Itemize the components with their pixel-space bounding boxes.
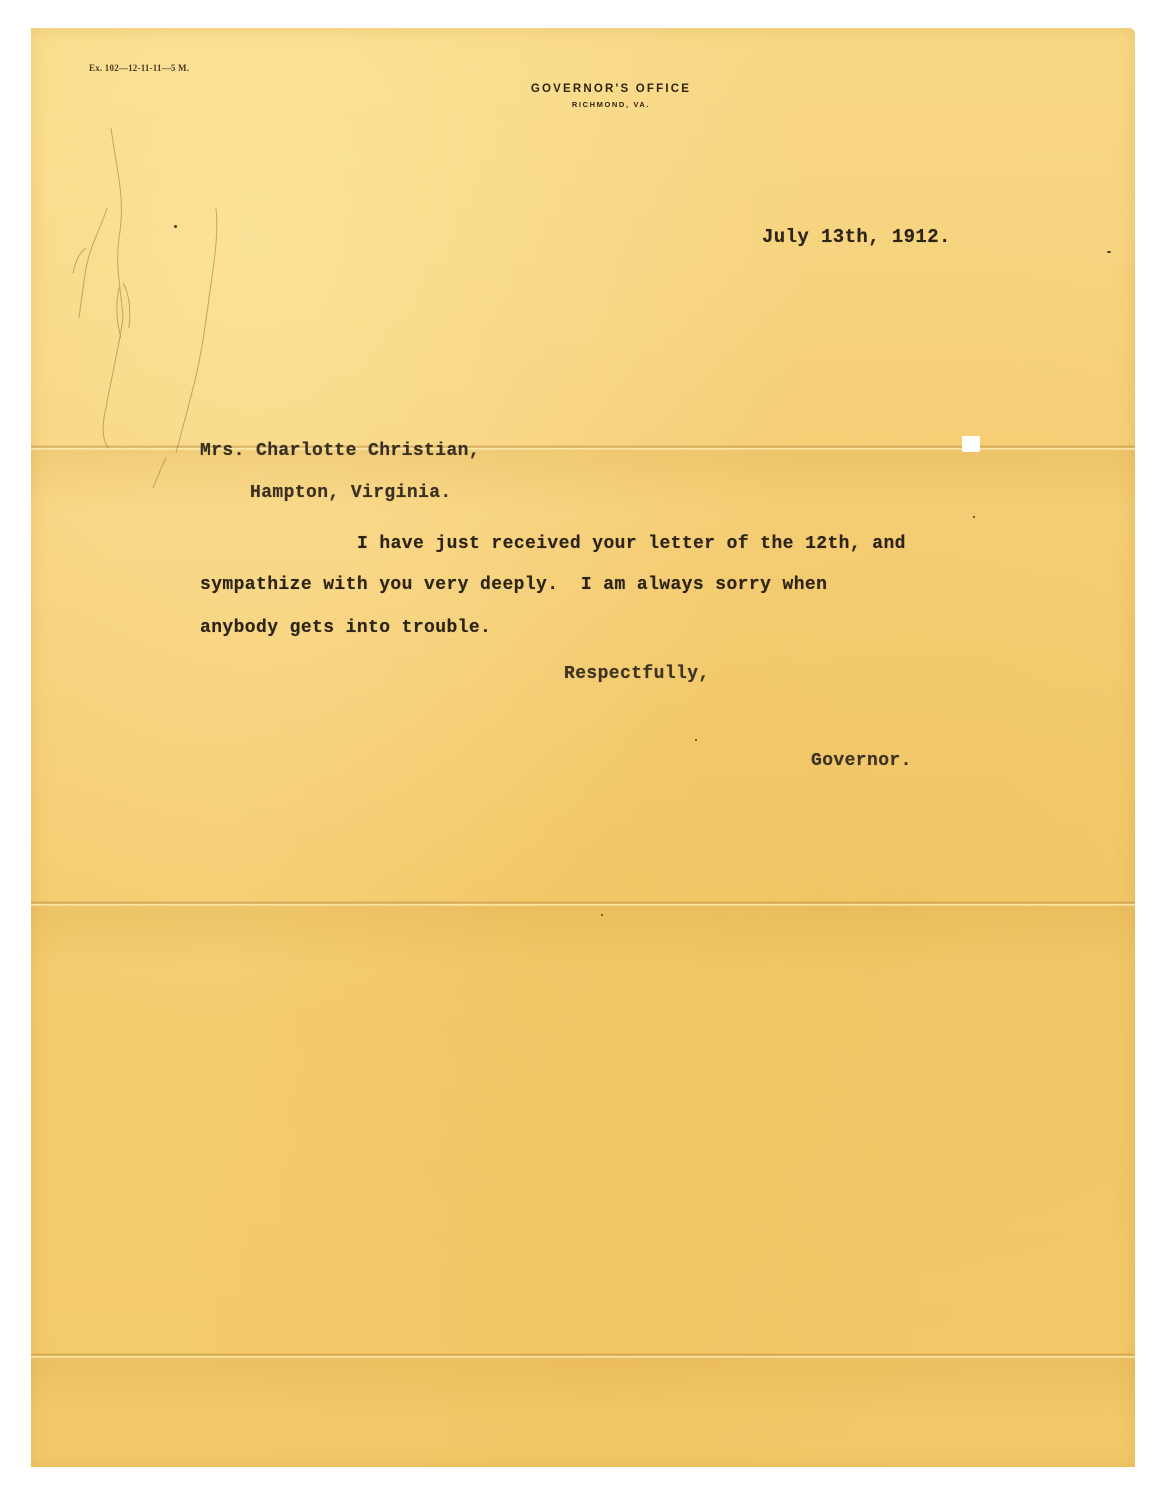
letter-page: Ex. 102—12-11-11—5 M. GOVERNOR'S OFFICE … <box>31 28 1135 1467</box>
body-line: sympathize with you very deeply. I am al… <box>200 575 827 595</box>
ink-speck <box>601 914 603 916</box>
body-line: I have just received your letter of the … <box>357 534 906 554</box>
letterhead: GOVERNOR'S OFFICE RICHMOND, VA. <box>461 83 761 109</box>
ink-speck <box>695 739 697 741</box>
closing: Respectfully, <box>564 664 710 684</box>
letter-date: July 13th, 1912. <box>762 226 951 248</box>
form-number: Ex. 102—12-11-11—5 M. <box>89 63 189 73</box>
fold-line-middle <box>31 901 1135 907</box>
letterhead-location: RICHMOND, VA. <box>461 100 761 109</box>
letterhead-title: GOVERNOR'S OFFICE <box>461 83 761 95</box>
pencil-marks <box>31 28 331 508</box>
ink-speck <box>973 516 975 518</box>
paper-tear <box>962 436 980 452</box>
signature-title: Governor. <box>811 751 912 771</box>
crease-shadow <box>31 1359 1135 1419</box>
recipient-name: Mrs. Charlotte Christian, <box>200 441 480 461</box>
body-line: anybody gets into trouble. <box>200 618 491 638</box>
ink-speck <box>1107 251 1111 253</box>
fold-line-bottom <box>31 1353 1135 1359</box>
recipient-address: Hampton, Virginia. <box>250 483 452 503</box>
ink-speck <box>174 225 177 228</box>
crease-shadow <box>31 907 1135 967</box>
